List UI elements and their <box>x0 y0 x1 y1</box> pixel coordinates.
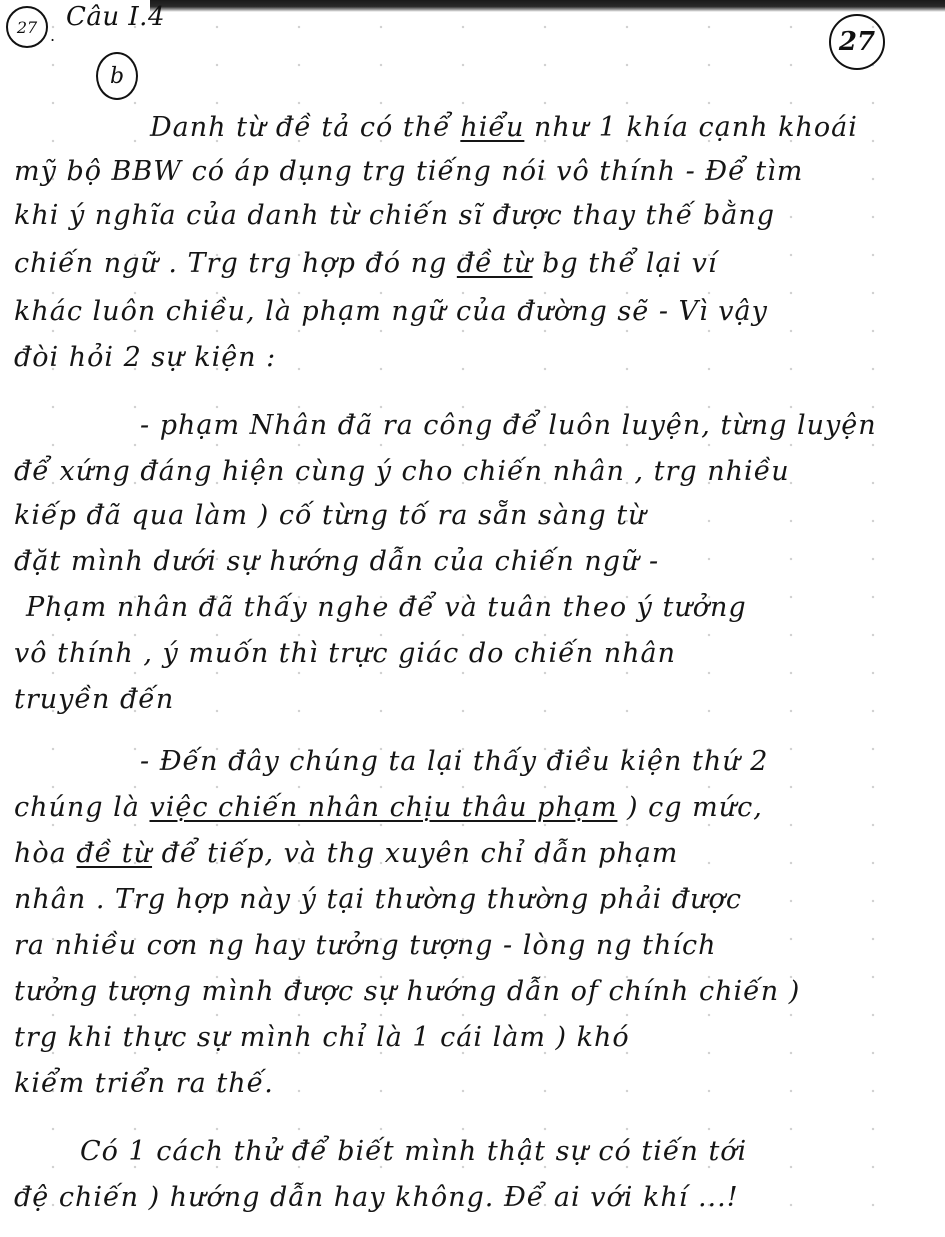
text-line: ra nhiều cơn ng hay tưởng tượng - lòng n… <box>14 930 717 961</box>
text-line: khác luôn chiều, là phạm ngữ của đường s… <box>14 296 768 327</box>
underlined-phrase: đề từ <box>457 248 533 279</box>
text-line: để xứng đáng hiện cùng ý cho chiến nhân … <box>14 456 790 487</box>
text-line: đặt mình dưới sự hướng dẫn của chiến ngữ… <box>14 546 659 577</box>
underlined-phrase: việc chiến nhân chịu thâu phạm <box>149 792 617 823</box>
text-line: mỹ bộ BBW có áp dụng trg tiếng nói vô th… <box>14 156 803 187</box>
text-line: kiểm triển ra thế. <box>14 1068 274 1099</box>
text-line: chúng là việc chiến nhân chịu thâu phạm … <box>14 792 763 823</box>
text-line: Phạm nhân đã thấy nghe để và tuân theo ý… <box>26 592 747 623</box>
text-line: khi ý nghĩa của danh từ chiến sĩ được th… <box>14 200 775 231</box>
text-line: vô thính , ý muốn thì trực giác do chiến… <box>14 638 676 669</box>
underlined-phrase: hiểu <box>460 112 524 143</box>
text-line: nhân . Trg hợp này ý tại thường thường p… <box>14 884 742 915</box>
text-line: - phạm Nhân đã ra công để luôn luyện, từ… <box>140 410 877 441</box>
text-line: trg khi thực sự mình chỉ là 1 cái làm ) … <box>14 1022 630 1053</box>
text-line: Có 1 cách thử để biết mình thật sự có ti… <box>80 1136 747 1167</box>
text-line: tưởng tượng mình được sự hướng dẫn of ch… <box>14 976 800 1007</box>
text-line: - Đến đây chúng ta lại thấy điều kiện th… <box>140 746 768 777</box>
text-line: đệ chiến ) hướng dẫn hay không. Để ai vớ… <box>14 1182 739 1213</box>
text-line: hòa đề từ để tiếp, và thg xuyên chỉ dẫn … <box>14 838 678 869</box>
handwritten-body: Danh từ đề tả có thể hiểu như 1 khía cạn… <box>0 0 945 1237</box>
text-line: đòi hỏi 2 sự kiện : <box>14 342 276 373</box>
text-line: truyền đến <box>14 684 174 715</box>
underlined-phrase: đề từ <box>76 838 152 869</box>
text-line: chiến ngữ . Trg trg hợp đó ng đề từ bg t… <box>14 248 718 279</box>
text-line: kiếp đã qua làm ) cố từng tố ra sẵn sàng… <box>14 500 646 531</box>
text-line: Danh từ đề tả có thể hiểu như 1 khía cạn… <box>150 112 858 143</box>
